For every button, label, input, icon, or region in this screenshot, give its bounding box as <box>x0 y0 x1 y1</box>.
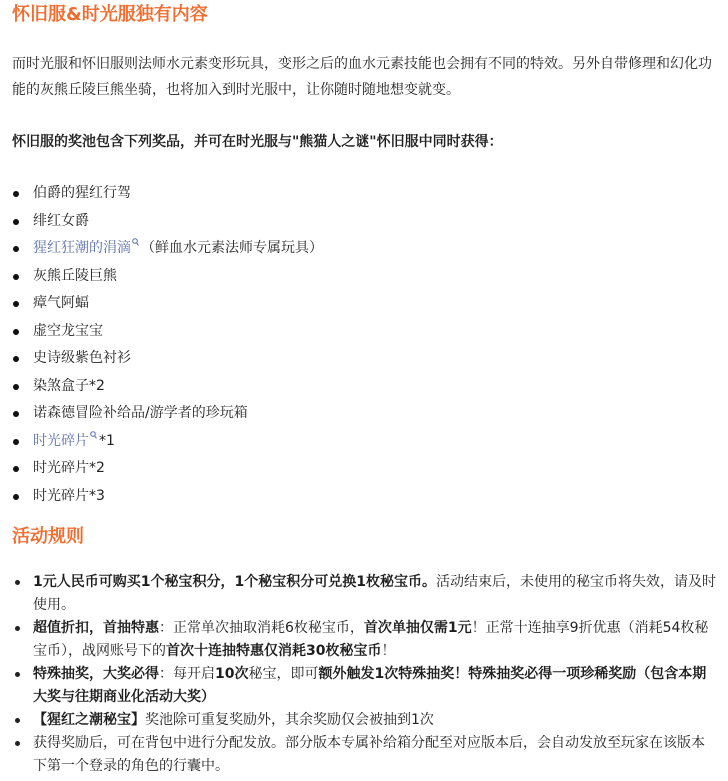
list-item: 时光碎片*1 <box>12 428 323 456</box>
search-icon[interactable] <box>90 431 97 442</box>
rule-text: ！ <box>381 643 395 659</box>
list-item: 时光碎片*2 <box>12 455 323 483</box>
prize-text: 染煞盒子*2 <box>33 378 105 394</box>
list-item: 诺森德冒险补给品/游学者的珍玩箱 <box>12 400 323 428</box>
prize-note: （鲜血水元素法师专属玩具） <box>141 240 323 256</box>
list-item: 灰熊丘陵巨熊 <box>12 263 323 291</box>
rule-text: ：每开启 <box>159 666 215 682</box>
list-item: 瘴气阿蝠 <box>12 290 323 318</box>
prize-text: 伯爵的猩红行驾 <box>33 185 131 201</box>
prize-text: 时光碎片*3 <box>33 488 105 504</box>
rule-text: ：正常单次抽取消耗6枚秘宝币， <box>159 620 364 636</box>
prize-text: 瘴气阿蝠 <box>33 295 89 311</box>
rule-item: 特殊抽奖，大奖必得：每开启10次秘宝，即可额外触发1次特殊抽奖！特殊抽奖必得一项… <box>12 663 716 709</box>
rule-bold-text: 首次单抽仅需1元 <box>364 620 472 636</box>
prize-text: 灰熊丘陵巨熊 <box>33 268 117 284</box>
prize-text: 时光碎片*2 <box>33 460 105 476</box>
rules-list: 1元人民币可购买1个秘宝积分，1个秘宝积分可兑换1枚秘宝币。活动结束后，未使用的… <box>12 571 716 778</box>
rule-item: 【猩红之潮秘宝】奖池除可重复奖励外，其余奖励仅会被抽到1次 <box>12 709 716 732</box>
rule-item: 获得奖励后，可在背包中进行分配发放。部分版本专属补给箱分配至对应版本后，会自动发… <box>12 732 716 778</box>
section-heading-rules: 活动规则 <box>12 524 84 550</box>
list-item: 时光碎片*3 <box>12 483 323 511</box>
prize-pool-title: 怀旧服的奖池包含下列奖品，并可在时光服与"熊猫人之谜"怀旧服中同时获得： <box>12 129 503 155</box>
list-item: 史诗级紫色衬衫 <box>12 345 323 373</box>
prize-text: 绯红女爵 <box>33 213 89 229</box>
prize-link-scarlet-tide[interactable]: 猩红狂潮的涓滴 <box>33 240 131 256</box>
rule-bold-text: 超值折扣，首抽特惠 <box>33 620 159 636</box>
list-item: 绯红女爵 <box>12 208 323 236</box>
prize-list: 伯爵的猩红行驾 绯红女爵 猩红狂潮的涓滴（鲜血水元素法师专属玩具） 灰熊丘陵巨熊… <box>12 180 323 510</box>
list-item: 染煞盒子*2 <box>12 373 323 401</box>
prize-text: 诺森德冒险补给品/游学者的珍玩箱 <box>33 405 248 421</box>
rule-bold-text: 首次十连抽特惠仅消耗30枚秘宝币 <box>166 643 381 659</box>
rule-bold-text: 1元人民币可购买1个秘宝积分，1个秘宝积分可兑换1枚秘宝币。 <box>33 574 436 590</box>
rule-item: 超值折扣，首抽特惠：正常单次抽取消耗6枚秘宝币，首次单抽仅需1元！正常十连抽享9… <box>12 617 716 663</box>
rule-bold-text: 特殊抽奖，大奖必得 <box>33 666 159 682</box>
prize-link-time-shard[interactable]: 时光碎片 <box>33 433 89 449</box>
rule-bold-text: 【猩红之潮秘宝】 <box>33 712 145 728</box>
section-heading-exclusive-content: 怀旧服&时光服独有内容 <box>12 2 208 28</box>
list-item: 猩红狂潮的涓滴（鲜血水元素法师专属玩具） <box>12 235 323 263</box>
prize-text: 史诗级紫色衬衫 <box>33 350 131 366</box>
prize-text: 虚空龙宝宝 <box>33 323 103 339</box>
search-icon[interactable] <box>132 238 139 249</box>
intro-paragraph: 而时光服和怀旧服则法师水元素变形玩具，变形之后的血水元素技能也会拥有不同的特效。… <box>12 51 716 103</box>
rule-item: 1元人民币可购买1个秘宝积分，1个秘宝积分可兑换1枚秘宝币。活动结束后，未使用的… <box>12 571 716 617</box>
rule-text: 秘宝，即可 <box>248 666 318 682</box>
list-item: 伯爵的猩红行驾 <box>12 180 323 208</box>
prize-quantity: *1 <box>99 433 115 449</box>
rule-text: 获得奖励后，可在背包中进行分配发放。部分版本专属补给箱分配至对应版本后，会自动发… <box>33 735 705 774</box>
rule-text: 奖池除可重复奖励外，其余奖励仅会被抽到1次 <box>145 712 434 728</box>
list-item: 虚空龙宝宝 <box>12 318 323 346</box>
rule-bold-text: 10次 <box>215 666 248 682</box>
